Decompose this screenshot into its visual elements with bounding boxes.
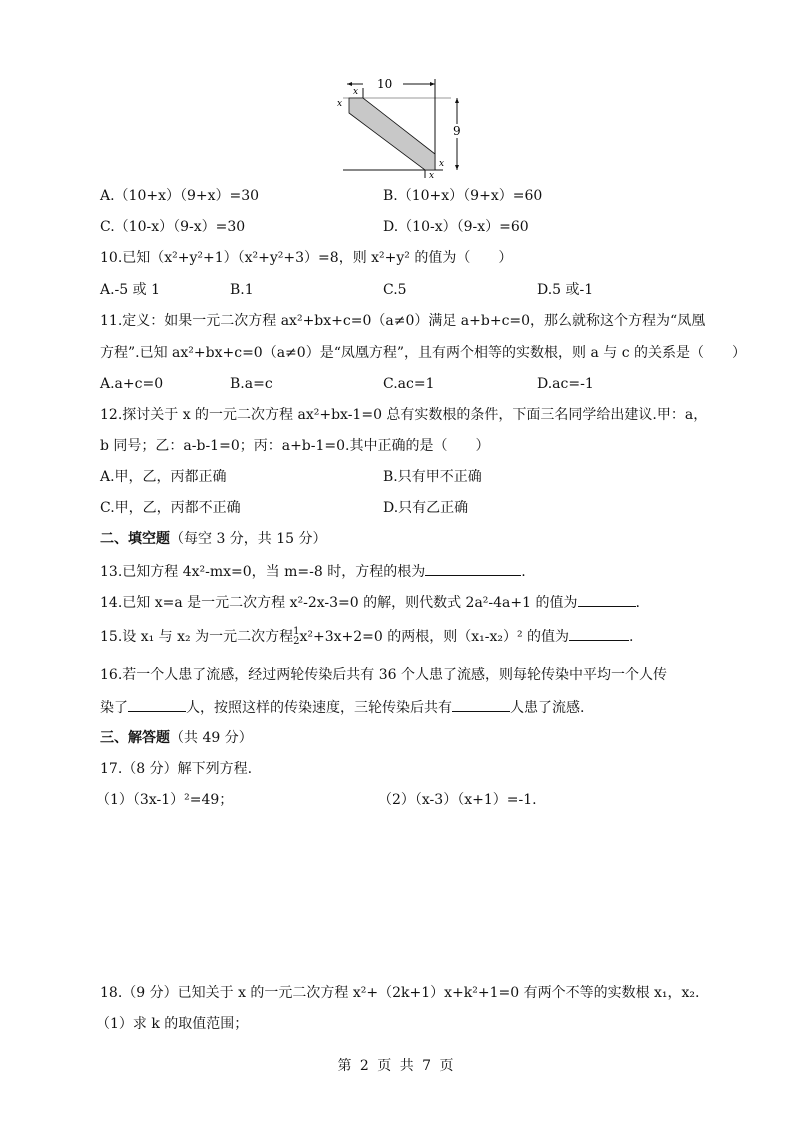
q15-pre: 15.设 x₁ 与 x₂ 为一元二次方程 [100,629,293,645]
q14-text: 14.已知 x=a 是一元二次方程 x²-2x-3=0 的解，则代数式 2a²-… [100,595,578,611]
svg-text:x: x [337,99,342,109]
section-3-heading: 三、解答题（共 49 分） [100,728,253,748]
q17-part-2: （2）（x-3）（x+1）=-1. [378,790,537,810]
q16-line2: 染了人，按照这样的传染速度，三轮传染后共有人患了流感. [100,697,584,718]
q11-option-b: B.a=c [230,374,273,394]
section-note: （每空 3 分，共 15 分） [170,531,327,547]
section-note: （共 49 分） [170,730,253,746]
section-2-heading: 二、填空题（每空 3 分，共 15 分） [100,529,327,549]
q16-answer-blank-2[interactable] [452,697,510,712]
q16-line1: 16.若一个人患了流感，经过两轮传染后共有 36 个人患了流感，则每轮传染中平均… [100,665,667,685]
q11-option-a: A.a+c=0 [100,374,163,394]
q12-stem-line1: 12.探讨关于 x 的一元二次方程 ax²+bx-1=0 总有实数根的条件，下面… [100,405,707,425]
q9-option-a: A.（10+x）（9+x）=30 [100,186,259,206]
q10-option-b: B.1 [230,280,254,300]
q16-text-c: 人患了流感. [510,700,584,716]
svg-text:x: x [353,87,358,97]
q15-answer-blank[interactable] [569,626,629,641]
q17-part-1: （1）（3x-1）²=49； [96,790,233,810]
q12-option-c: C.甲，乙，丙都不正确 [100,498,241,518]
q15-post: x²+3x+2=0 的两根，则（x₁-x₂）² 的值为 [299,629,569,645]
svg-text:x: x [439,159,444,169]
q14-end: . [636,595,640,611]
q16-text-a: 染了 [100,700,128,716]
q10-option-c: C.5 [383,280,407,300]
q11-stem-line1: 11.定义：如果一元二次方程 ax²+bx+c=0（a≠0）满足 a+b+c=0… [100,311,705,331]
q18-stem: 18.（9 分）已知关于 x 的一元二次方程 x²+（2k+1）x+k²+1=0… [100,983,700,1003]
section-title: 二、填空题 [100,531,170,547]
q13: 13.已知方程 4x²-mx=0，当 m=-8 时，方程的根为. [100,561,526,582]
q10-option-d: D.5 或-1 [537,280,593,300]
q12-option-d: D.只有乙正确 [383,498,468,518]
q10-option-a: A.-5 或 1 [100,280,160,300]
option-text: D.（10-x）（9-x）=60 [383,219,529,235]
q13-answer-blank[interactable] [425,561,521,576]
q12-option-b: B.只有甲不正确 [383,467,482,487]
q11-option-d: D.ac=-1 [537,374,594,394]
q16-answer-blank-1[interactable] [128,697,186,712]
section-title: 三、解答题 [100,730,170,746]
q12-option-a: A.甲，乙，丙都正确 [100,467,227,487]
q11-stem-line2: 方程”.已知 ax²+bx+c=0（a≠0）是“凤凰方程”，且有两个相等的实数根… [100,343,746,363]
q13-text: 13.已知方程 4x²-mx=0，当 m=-8 时，方程的根为 [100,564,425,580]
rectangle-road-figure: 10 9 x x x x [333,74,463,183]
svg-text:9: 9 [453,124,461,138]
page-footer: 第 2 页 共 7 页 [0,1055,793,1075]
q18-part-1: （1）求 k 的取值范围； [96,1014,248,1034]
q16-text-b: 人，按照这样的传染速度，三轮传染后共有 [186,700,452,716]
q14: 14.已知 x=a 是一元二次方程 x²-2x-3=0 的解，则代数式 2a²-… [100,592,640,613]
q12-stem-line2: b 同号；乙：a-b-1=0；丙：a+b-1=0.其中正确的是（ ） [100,436,490,456]
q13-end: . [521,564,525,580]
option-text: A.（10+x）（9+x）=30 [100,188,259,204]
q17-stem: 17.（8 分）解下列方程. [100,759,252,779]
q11-option-c: C.ac=1 [383,374,435,394]
option-text: C.（10-x）（9-x）=30 [100,219,245,235]
q9-option-d: D.（10-x）（9-x）=60 [383,217,529,237]
q14-answer-blank[interactable] [578,592,636,607]
option-text: B.（10+x）（9+x）=60 [383,188,542,204]
q9-option-b: B.（10+x）（9+x）=60 [383,186,542,206]
q15: 15.设 x₁ 与 x₂ 为一元二次方程12x²+3x+2=0 的两根，则（x₁… [100,626,634,647]
q9-option-c: C.（10-x）（9-x）=30 [100,217,245,237]
svg-text:10: 10 [377,77,392,91]
svg-text:x: x [429,171,434,179]
q10-stem: 10.已知（x²+y²+1）（x²+y²+3）=8，则 x²+y² 的值为（ ） [100,248,512,268]
q15-end: . [629,629,633,645]
